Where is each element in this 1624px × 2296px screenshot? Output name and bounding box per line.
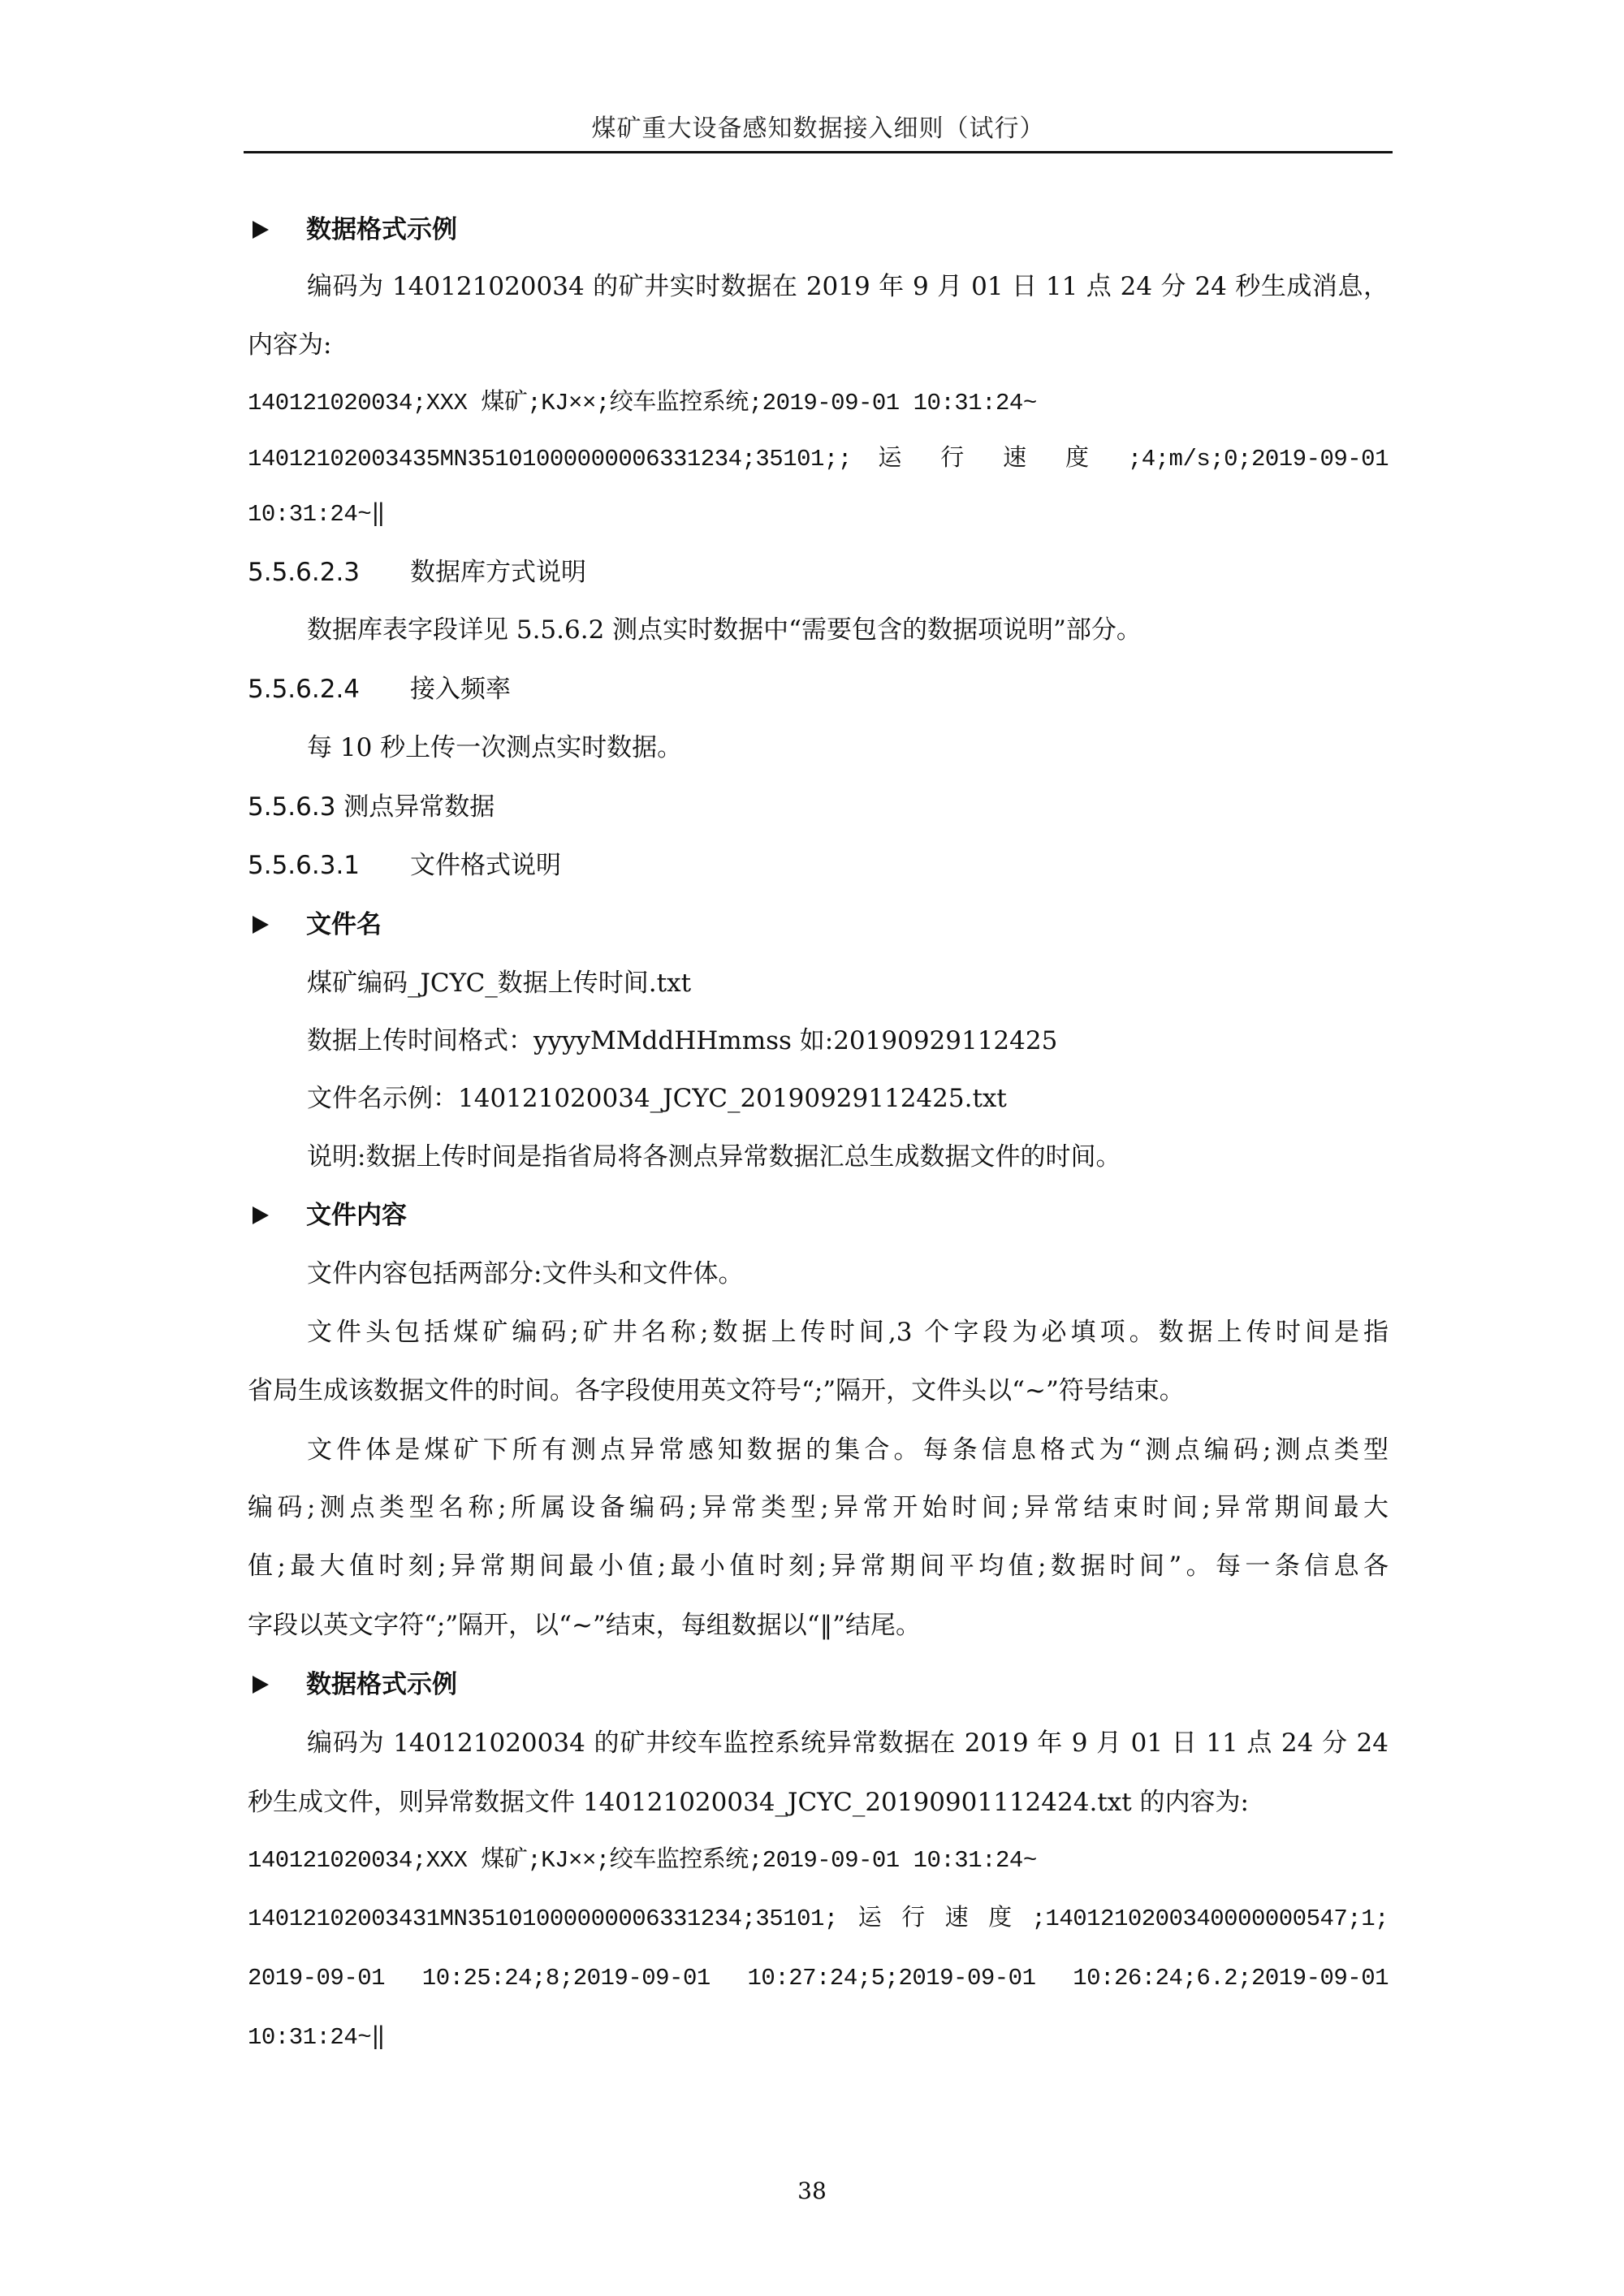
code-line: 10:31:24~‖: [248, 498, 1389, 531]
bullet-heading-text: 数据格式示例: [306, 215, 457, 244]
code-line: 14012102003435MN35101000000006331234;351…: [248, 443, 1389, 476]
section-heading-5-5-6-3-1: 5.5.6.3.1文件格式说明: [248, 849, 1389, 882]
bullet-heading-text: 文件内容: [306, 1201, 407, 1230]
code-line: 2019-09-01 10:25:24;8;2019-09-01 10:27:2…: [248, 1962, 1389, 1995]
bullet-heading-text: 数据格式示例: [306, 1670, 457, 1699]
bullet-heading-format-example-1: 数据格式示例: [248, 214, 1389, 246]
code-line: 14012102003431MN35101000000006331234;351…: [248, 1903, 1389, 1936]
section-heading-5-5-6-2-3: 5.5.6.2.3数据库方式说明: [248, 556, 1389, 589]
section-number: 5.5.6.3.1: [248, 849, 410, 882]
code-line: 140121020034;XXX 煤矿;KJ××;绞车监控系统;2019-09-…: [248, 387, 1389, 420]
arrow-bullet-icon: [253, 916, 269, 934]
paragraph: 编码为 140121020034 的矿井绞车监控系统异常数据在 2019 年 9…: [307, 1727, 1389, 1759]
paragraph: 秒生成文件，则异常数据文件 140121020034_JCYC_20190901…: [248, 1786, 1389, 1819]
paragraph: 数据上传时间格式：yyyyMMddHHmmss 如:20190929112425: [307, 1025, 1389, 1057]
section-number: 5.5.6.2.3: [248, 556, 410, 589]
section-title: 数据库方式说明: [410, 558, 586, 587]
running-header: 煤矿重大设备感知数据接入细则（试行）: [244, 108, 1393, 144]
paragraph: 文件内容包括两部分:文件头和文件体。: [307, 1258, 1389, 1290]
paragraph: 文件名示例：140121020034_JCYC_20190929112425.t…: [307, 1082, 1389, 1115]
paragraph: 字段以英文字符“;”隔开，以“~”结束，每组数据以“‖”结尾。: [248, 1609, 1389, 1642]
paragraph: 煤矿编码_JCYC_数据上传时间.txt: [307, 967, 1389, 999]
section-heading-5-5-6-2-4: 5.5.6.2.4接入频率: [248, 673, 1389, 706]
header-rule: [244, 151, 1393, 153]
section-number: 5.5.6.2.4: [248, 673, 410, 706]
paragraph: 每 10 秒上传一次测点实时数据。: [307, 732, 1389, 764]
code-line: 10:31:24~‖: [248, 2022, 1389, 2054]
page-number: 38: [0, 2177, 1624, 2204]
bullet-heading-file-content: 文件内容: [248, 1199, 1389, 1232]
paragraph: 编码为 140121020034 的矿井实时数据在 2019 年 9 月 01 …: [307, 270, 1389, 303]
arrow-bullet-icon: [253, 1676, 269, 1694]
paragraph: 文件头包括煤矿编码;矿井名称;数据上传时间,3 个字段为必填项。数据上传时间是指: [307, 1316, 1389, 1349]
section-title: 文件格式说明: [410, 851, 561, 880]
arrow-bullet-icon: [253, 1206, 269, 1224]
bullet-heading-text: 文件名: [306, 910, 382, 939]
paragraph: 说明:数据上传时间是指省局将各测点异常数据汇总生成数据文件的时间。: [307, 1141, 1389, 1173]
paragraph: 数据库表字段详见 5.5.6.2 测点实时数据中“需要包含的数据项说明”部分。: [307, 614, 1389, 646]
paragraph: 编码;测点类型名称;所属设备编码;异常类型;异常开始时间;异常结束时间;异常期间…: [248, 1491, 1389, 1524]
bullet-heading-format-example-2: 数据格式示例: [248, 1668, 1389, 1701]
paragraph: 值;最大值时刻;异常期间最小值;最小值时刻;异常期间平均值;数据时间”。每一条信…: [248, 1550, 1389, 1582]
section-heading-5-5-6-3: 5.5.6.3 测点异常数据: [248, 791, 1389, 823]
bullet-heading-file-name: 文件名: [248, 908, 1389, 941]
paragraph: 文件体是煤矿下所有测点异常感知数据的集合。每条信息格式为“测点编码;测点类型: [307, 1434, 1389, 1466]
section-title: 接入频率: [410, 675, 511, 704]
paragraph: 省局生成该数据文件的时间。各字段使用英文符号“;”隔开，文件头以“~”符号结束。: [248, 1375, 1389, 1407]
code-line: 140121020034;XXX 煤矿;KJ××;绞车监控系统;2019-09-…: [248, 1845, 1389, 1877]
arrow-bullet-icon: [253, 221, 269, 239]
paragraph: 内容为:: [248, 329, 1389, 361]
